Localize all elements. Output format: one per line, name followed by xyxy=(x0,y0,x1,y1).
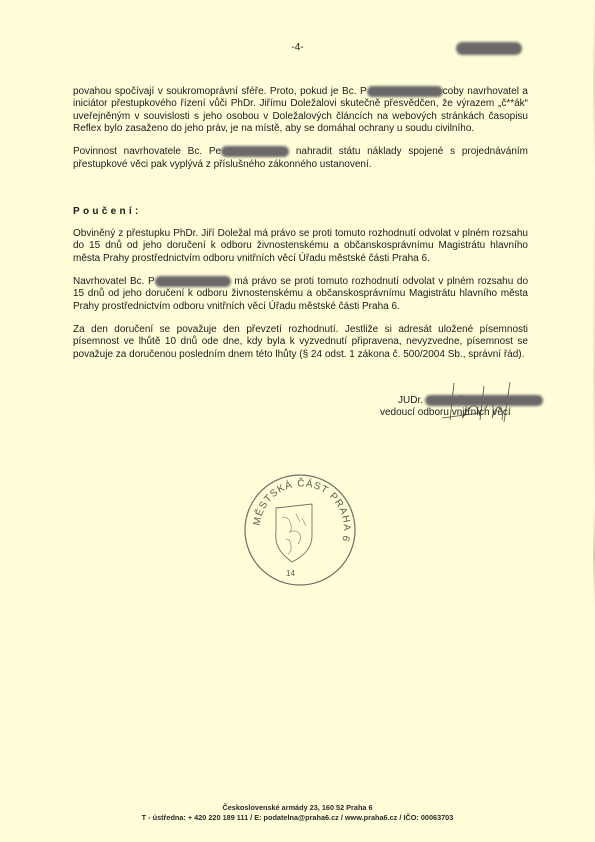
redaction-name xyxy=(155,276,231,287)
paragraph-3: Obviněný z přestupku PhDr. Jiří Doležal … xyxy=(73,228,528,265)
section-heading-pouceni: Poučení: xyxy=(73,206,142,217)
signatory-name: JUDr. xyxy=(380,395,570,407)
paragraph-1: povahou spočívají v soukromoprávní sféře… xyxy=(73,86,528,135)
paragraph-4-text-a: Navrhovatel Bc. P xyxy=(73,276,155,287)
signatory-title-prefix: JUDr. xyxy=(398,395,423,406)
footer-address: Československé armády 23, 160 52 Praha 6 xyxy=(0,803,595,812)
redaction-name xyxy=(367,86,443,97)
instructions-body: Obviněný z přestupku PhDr. Jiří Doležal … xyxy=(73,228,528,372)
document-body: povahou spočívají v soukromoprávní sféře… xyxy=(73,86,528,182)
signature-block: JUDr. vedoucí odboru vnitřních věcí xyxy=(380,395,570,419)
paragraph-4: Navrhovatel Bc. P má právo se proti tomu… xyxy=(73,276,528,313)
footer-contact: T - ústředna: + 420 220 189 111 / E: pod… xyxy=(0,813,595,822)
redaction-header xyxy=(456,42,522,55)
signatory-position: vedoucí odboru vnitřních věcí xyxy=(380,407,570,419)
redaction-signatory xyxy=(425,395,543,406)
official-stamp: MĚSTSKÁ ČÁST PRAHA 6 14 xyxy=(240,470,360,590)
paragraph-2-text-a: Povinnost navrhovatele Bc. Pe xyxy=(73,146,221,157)
stamp-number: 14 xyxy=(286,569,295,578)
paragraph-2: Povinnost navrhovatele Bc. Pe nahradit s… xyxy=(73,146,528,171)
redaction-name xyxy=(221,146,289,157)
paragraph-1-text-a: povahou spočívají v soukromoprávní sféře… xyxy=(73,86,367,97)
coat-of-arms-icon xyxy=(276,504,312,562)
paragraph-5: Za den doručení se považuje den převzetí… xyxy=(73,324,528,361)
